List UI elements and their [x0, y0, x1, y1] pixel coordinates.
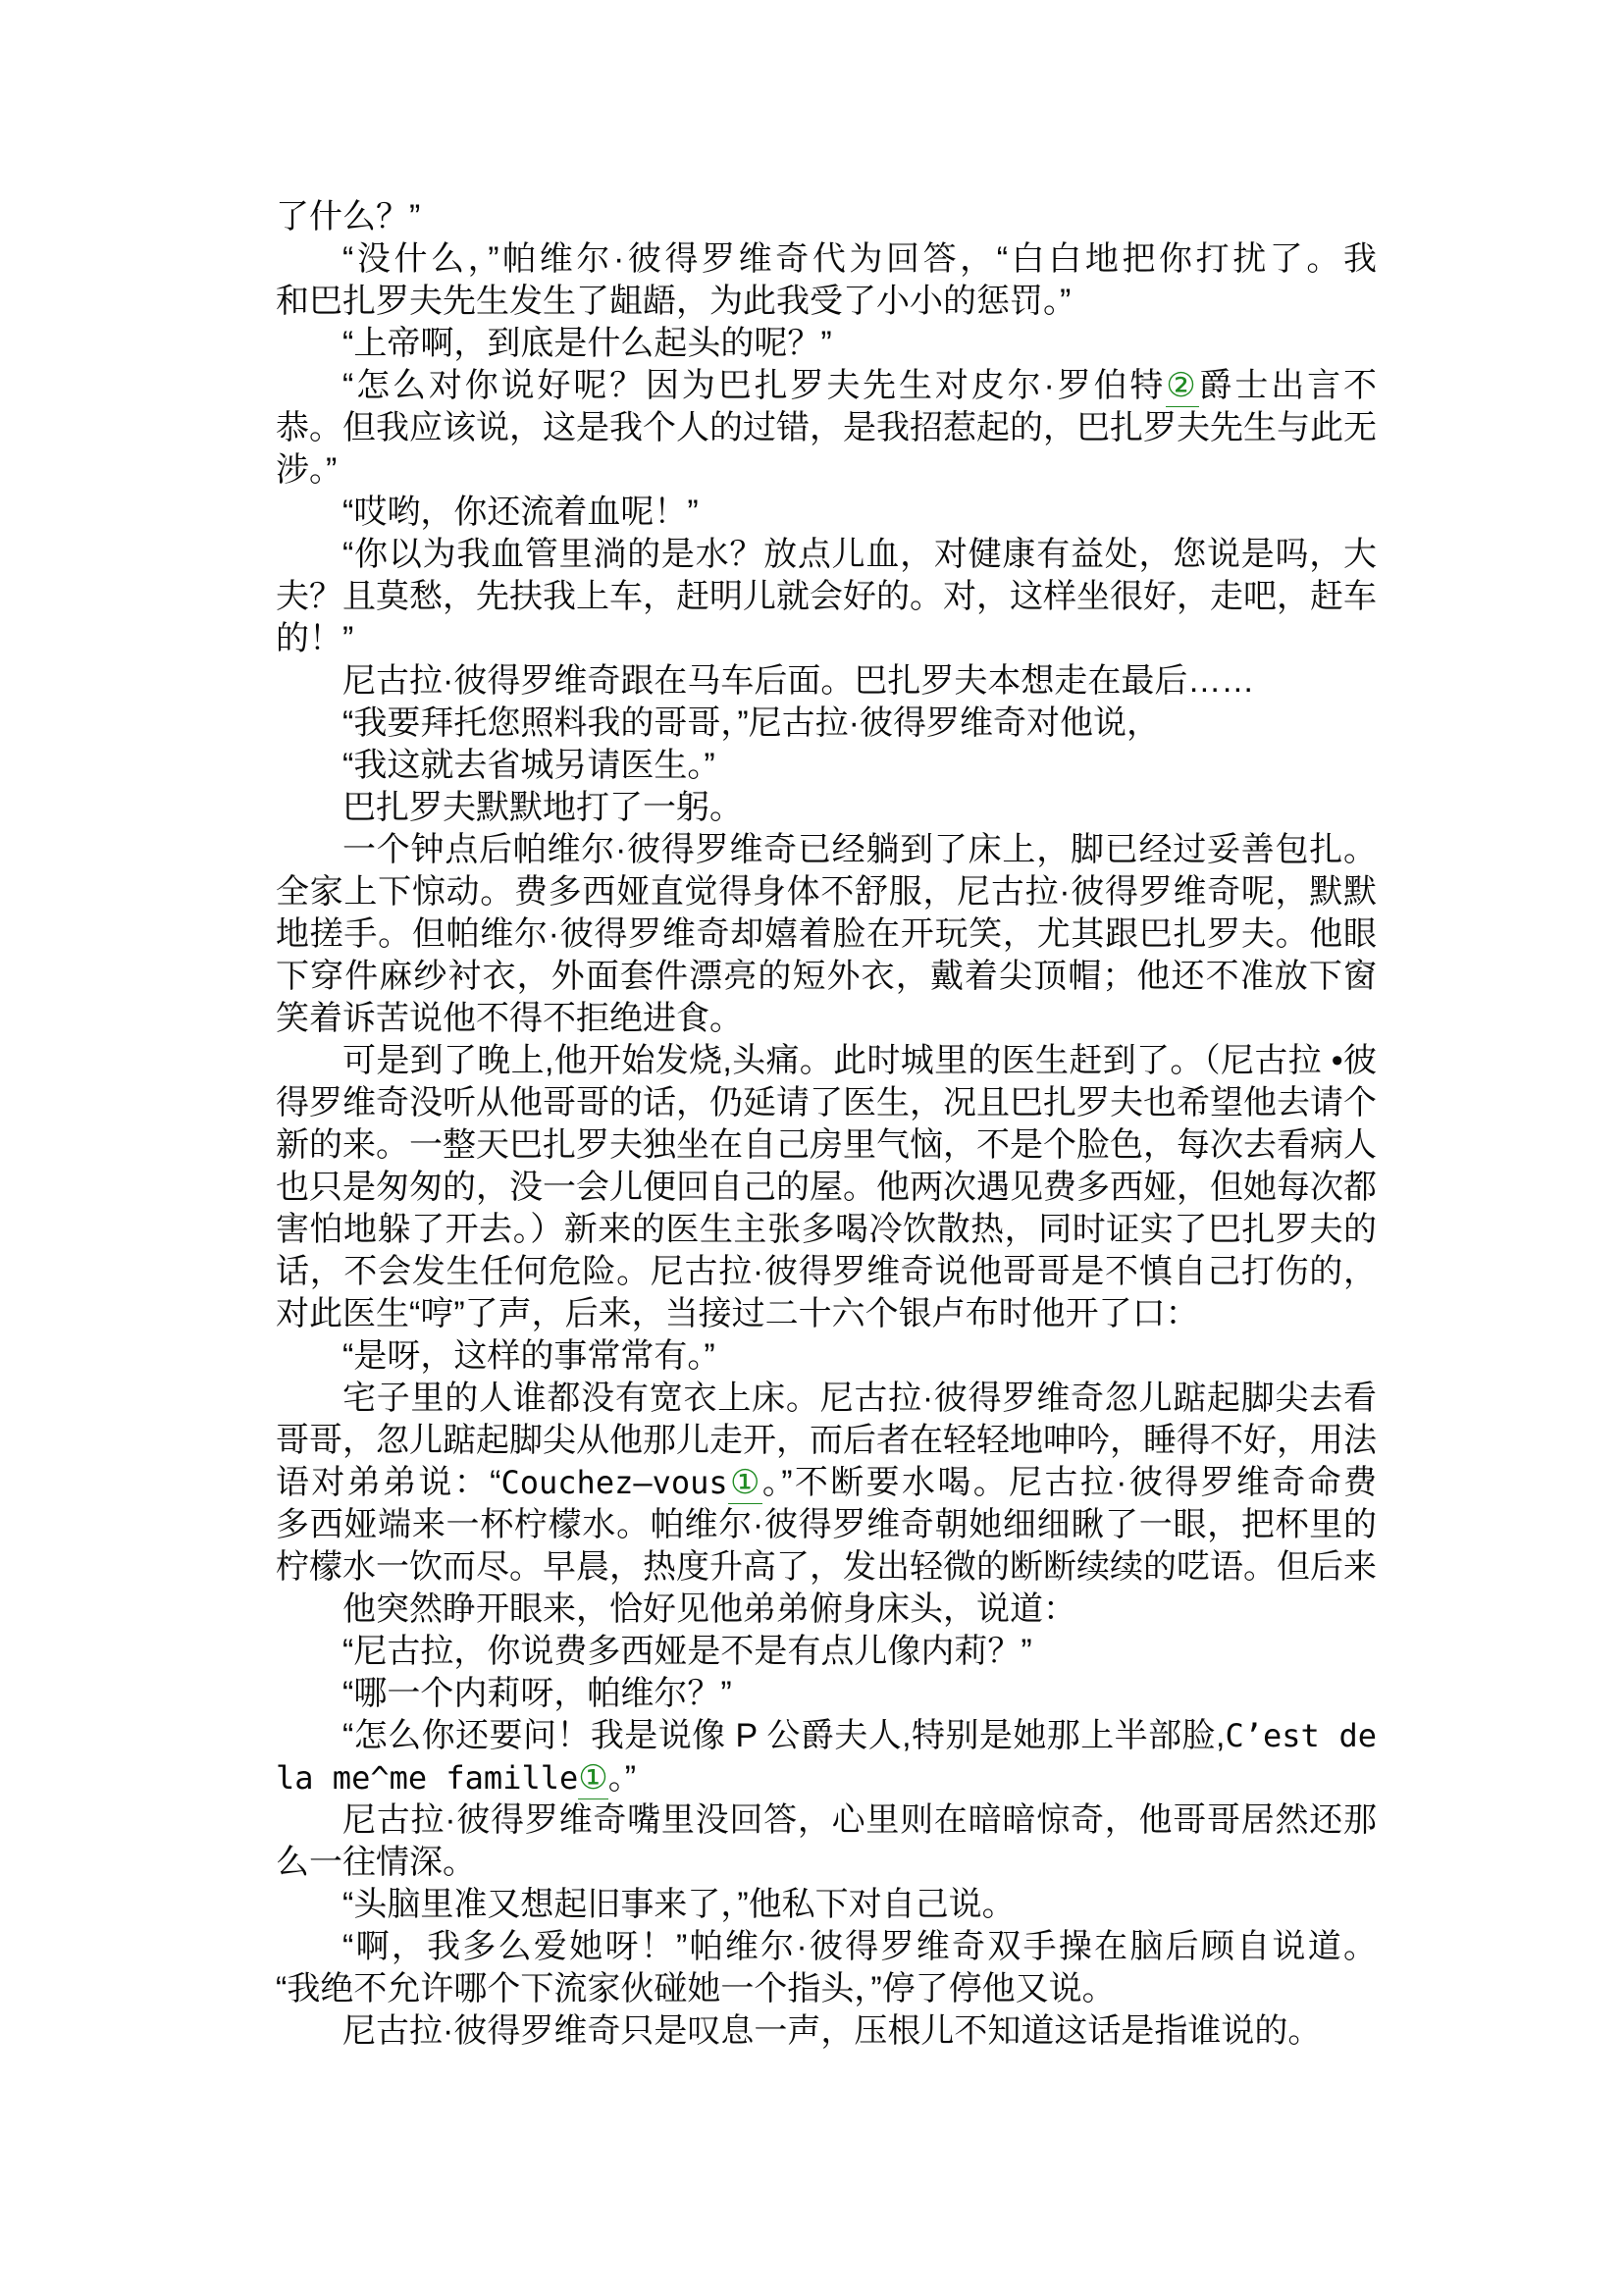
text-line: 他突然睁开眼来，恰好见他弟弟俯身床头，说道：	[276, 1589, 1377, 1631]
text-line: 涉。”	[276, 449, 1377, 492]
text-line: 下穿件麻纱衬衣，外面套件漂亮的短外衣，戴着尖顶帽；他还不准放下窗幔，	[276, 956, 1377, 998]
text-line: “是呀，这样的事常常有。”	[276, 1335, 1377, 1378]
line-text: 爵士出言不	[1199, 367, 1377, 404]
text-line: “啊，我多么爱她呀！”帕维尔·彼得罗维奇双手操在脑后顾自说道。	[276, 1926, 1377, 1968]
text-line: 地搓手。但帕维尔·彼得罗维奇却嬉着脸在开玩笑，尤其跟巴扎罗夫。他眼	[276, 913, 1377, 956]
text-line: 语对弟弟说：“Couchez—vous①。”不断要水喝。尼古拉·彼得罗维奇命费	[276, 1462, 1377, 1504]
text-line: 害怕地躲了开去。）新来的医生主张多喝冷饮散热，同时证实了巴扎罗夫的	[276, 1209, 1377, 1251]
text-line: 一个钟点后帕维尔·彼得罗维奇已经躺到了床上，脚已经过妥善包扎。	[276, 829, 1377, 871]
text-line: 的！”	[276, 618, 1377, 660]
text-line: 了什么？”	[276, 196, 1377, 238]
text-line: “尼古拉，你说费多西娅是不是有点儿像内莉？”	[276, 1631, 1377, 1673]
text-line: “头脑里准又想起旧事来了，”他私下对自己说。	[276, 1884, 1377, 1926]
text-line: “我要拜托您照料我的哥哥，”尼古拉·彼得罗维奇对他说，	[276, 703, 1377, 745]
text-line: 全家上下惊动。费多西娅直觉得身体不舒服，尼古拉·彼得罗维奇呢，默默	[276, 871, 1377, 913]
text-line: 新的来。一整天巴扎罗夫独坐在自己房里气恼，不是个脸色，每次去看病人	[276, 1124, 1377, 1167]
text-line: 尼古拉·彼得罗维奇只是叹息一声，压根儿不知道这话是指谁说的。	[276, 2010, 1377, 2053]
text-line: 话，不会发生任何危险。尼古拉·彼得罗维奇说他哥哥是不慎自己打伤的，	[276, 1251, 1377, 1293]
text-line: 可是到了晚上,他开始发烧,头痛。此时城里的医生赶到了。（尼古拉 •彼	[276, 1040, 1377, 1082]
text-line: 也只是匆匆的，没一会儿便回自己的屋。他两次遇见费多西娅，但她每次都	[276, 1167, 1377, 1209]
page-text: 了什么？” “没什么，”帕维尔·彼得罗维奇代为回答，“白白地把你打扰了。我 和巴…	[276, 196, 1377, 2053]
footnote-ref-1-link[interactable]: ①	[578, 1758, 607, 1799]
text-line: 巴扎罗夫默默地打了一躬。	[276, 787, 1377, 829]
text-line: “没什么，”帕维尔·彼得罗维奇代为回答，“白白地把你打扰了。我	[276, 238, 1377, 281]
text-line: 和巴扎罗夫先生发生了龃龉，为此我受了小小的惩罚。”	[276, 281, 1377, 323]
text-line: 对此医生“哼”了声，后来，当接过二十六个银卢布时他开了口：	[276, 1293, 1377, 1335]
document-page: 了什么？” “没什么，”帕维尔·彼得罗维奇代为回答，“白白地把你打扰了。我 和巴…	[0, 0, 1624, 2294]
text-line: 夫？且莫愁，先扶我上车，赶明儿就会好的。对，这样坐很好，走吧，赶车	[276, 576, 1377, 618]
text-line: “上帝啊，到底是什么起头的呢？”	[276, 323, 1377, 365]
french-phrase: la me^me famille	[276, 1759, 578, 1797]
text-line: 柠檬水一饮而尽。早晨，热度升高了，发出轻微的断断续续的呓语。但后来	[276, 1546, 1377, 1589]
text-line: 宅子里的人谁都没有宽衣上床。尼古拉·彼得罗维奇忽儿踮起脚尖去看	[276, 1378, 1377, 1420]
text-line: 尼古拉·彼得罗维奇嘴里没回答，心里则在暗暗惊奇，他哥哥居然还那	[276, 1799, 1377, 1842]
text-line: 得罗维奇没听从他哥哥的话，仍延请了医生，况且巴扎罗夫也希望他去请个	[276, 1082, 1377, 1124]
french-phrase: C’est de	[1225, 1717, 1377, 1754]
line-text: 语对弟弟说：“	[276, 1464, 500, 1501]
text-line: “怎么你还要问！我是说像 P 公爵夫人,特别是她那上半部脸,C’est de	[276, 1715, 1377, 1757]
text-line: 多西娅端来一杯柠檬水。帕维尔·彼得罗维奇朝她细细瞅了一眼，把杯里的	[276, 1504, 1377, 1546]
line-text: “怎么你还要问！我是说像 P 公爵夫人,特别是她那上半部脸,	[342, 1717, 1225, 1754]
text-line: 哥哥，忽儿踮起脚尖从他那儿走开，而后者在轻轻地呻吟，睡得不好，用法	[276, 1420, 1377, 1462]
text-line: “哪一个内莉呀，帕维尔？”	[276, 1673, 1377, 1715]
text-line: 恭。但我应该说，这是我个人的过错，是我招惹起的，巴扎罗夫先生与此无	[276, 407, 1377, 449]
french-phrase: Couchez—vous	[500, 1464, 727, 1501]
text-line: “我绝不允许哪个下流家伙碰她一个指头，”停了停他又说。	[276, 1968, 1377, 2010]
text-line: “我这就去省城另请医生。”	[276, 745, 1377, 787]
text-line: 笑着诉苦说他不得不拒绝进食。	[276, 998, 1377, 1040]
text-line: “怎么对你说好呢？因为巴扎罗夫先生对皮尔·罗伯特②爵士出言不	[276, 365, 1377, 407]
text-line: 么一往情深。	[276, 1842, 1377, 1884]
text-line: 尼古拉·彼得罗维奇跟在马车后面。巴扎罗夫本想走在最后……	[276, 660, 1377, 703]
line-text: 。”不断要水喝。尼古拉·彼得罗维奇命费	[762, 1464, 1377, 1501]
text-line: la me^me famille①。”	[276, 1757, 1377, 1799]
line-text: “怎么对你说好呢？因为巴扎罗夫先生对皮尔·罗伯特	[342, 367, 1166, 404]
footnote-ref-1-link[interactable]: ①	[728, 1463, 762, 1504]
text-line: “哎哟，你还流着血呢！”	[276, 492, 1377, 534]
footnote-ref-2-link[interactable]: ②	[1166, 366, 1198, 407]
line-text: 。”	[608, 1759, 636, 1797]
text-line: “你以为我血管里淌的是水？放点儿血，对健康有益处，您说是吗，大	[276, 534, 1377, 576]
